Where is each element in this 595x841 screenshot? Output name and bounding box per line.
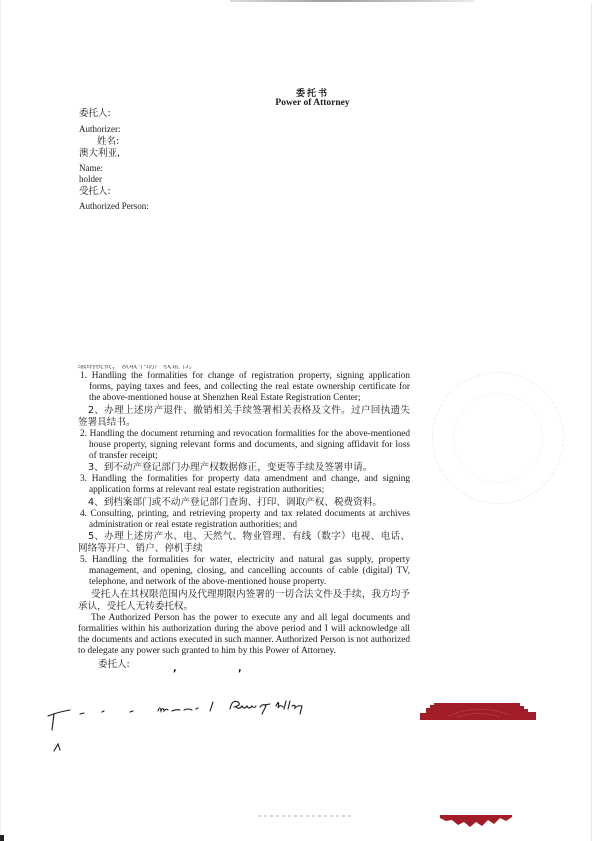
signature-label-cn: 委托人: — [98, 659, 130, 670]
cut-off-line-cn: 缴纳税费，领取不动产权证书。 — [78, 362, 410, 370]
embossed-seal — [432, 372, 564, 504]
clause-4-en: 4. Consulting, printing, and retrieving … — [78, 509, 410, 531]
authorizer-label-cn: 委托人: — [79, 108, 111, 119]
clause-4-cn: 4、到档案部门或不动产登记部门查询、打印、调取产权、税费资料。 — [78, 497, 410, 509]
clause-2-en: 2. Handling the document returning and r… — [78, 429, 410, 463]
clause-5-en: 5. Handling the formalities for water, e… — [78, 555, 410, 589]
scan-top-edge — [230, 0, 475, 2]
closing-paragraph-en: The Authorized Person has the power to e… — [78, 613, 410, 658]
signature-separator-1: , — [173, 663, 177, 674]
signature-line: 委托人: , , — [78, 659, 410, 673]
red-seal-bottom-fragment — [440, 815, 512, 829]
closing-paragraph-cn: 受托人在其权限范围内及代理期限内签署的一切合法文件及手续，我方均予承认，受托人无… — [78, 589, 410, 613]
scan-right-edge — [591, 3, 592, 841]
authorizer-label-en: Authorizer: — [79, 124, 120, 135]
authorized-person-label-cn: 受托人: — [79, 186, 111, 197]
document-title-en: Power of Attorney — [0, 98, 595, 108]
handwritten-annotation — [40, 700, 330, 760]
nationality-cn: 澳大利亚, — [79, 148, 120, 159]
signature-separator-2: , — [238, 663, 242, 674]
red-seal-top-fragment — [420, 703, 536, 720]
authorization-clauses: 缴纳税费，领取不动产权证书。 1. Handling the formaliti… — [78, 362, 410, 673]
scan-corner-mark — [0, 835, 4, 841]
clause-3-cn: 3、到不动产登记部门办理产权数据修正，变更等手续及签署申请。 — [78, 462, 410, 474]
authorized-person-label-en: Authorized Person: — [79, 201, 149, 212]
name-value: holder — [79, 174, 102, 185]
faint-footer-text — [258, 815, 353, 817]
clause-2-cn: 2、办理上述房产退件、撤销相关手续签署相关表格及文件。过户回执遗失签署具结书。 — [78, 405, 410, 429]
name-label-cn: 姓名: — [97, 136, 119, 147]
scan-left-edge — [0, 0, 1, 841]
embossed-seal-inner — [453, 393, 543, 483]
clause-1-en: 1. Handling the formalities for change o… — [78, 371, 410, 405]
name-label-en: Name: — [79, 163, 103, 174]
clause-3-en: 3. Handling the formalities for property… — [78, 474, 410, 496]
clause-5-cn: 5、办理上述房产水、电、天然气、物业管理、有线（数字）电视、电话、网络等开户、销… — [78, 531, 410, 555]
